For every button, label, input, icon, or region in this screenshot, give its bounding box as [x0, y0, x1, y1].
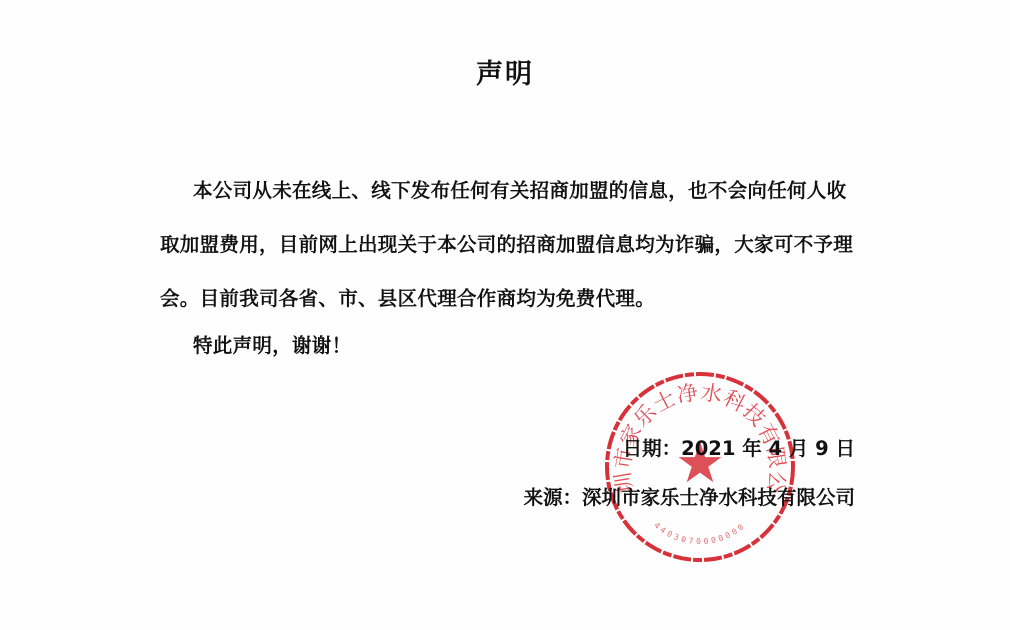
document-page: 声明 本公司从未在线上、线下发布任何有关招商加盟的信息，也不会向任何人收 取加盟… — [0, 0, 1010, 630]
source-line: 来源：深圳市家乐士净水科技有限公司 — [523, 482, 855, 510]
document-title: 声明 — [0, 52, 1010, 91]
paragraph-line-1: 本公司从未在线上、线下发布任何有关招商加盟的信息，也不会向任何人收 — [193, 175, 846, 203]
closing-statement: 特此声明，谢谢！ — [193, 330, 351, 358]
paragraph-line-2: 取加盟费用，目前网上出现关于本公司的招商加盟信息均为诈骗，大家可不予理 — [160, 229, 853, 257]
svg-text:4403070000000: 4403070000000 — [652, 521, 747, 547]
seal-icon: 深圳市家乐士净水科技有限公司 ★ 4403070000000 — [603, 370, 797, 564]
date-line: 日期：2021 年 4 月 9 日 — [623, 433, 855, 461]
paragraph-line-3: 会。目前我司各省、市、县区代理合作商均为免费代理。 — [160, 283, 655, 311]
company-seal-stamp: 深圳市家乐士净水科技有限公司 ★ 4403070000000 — [603, 370, 797, 564]
